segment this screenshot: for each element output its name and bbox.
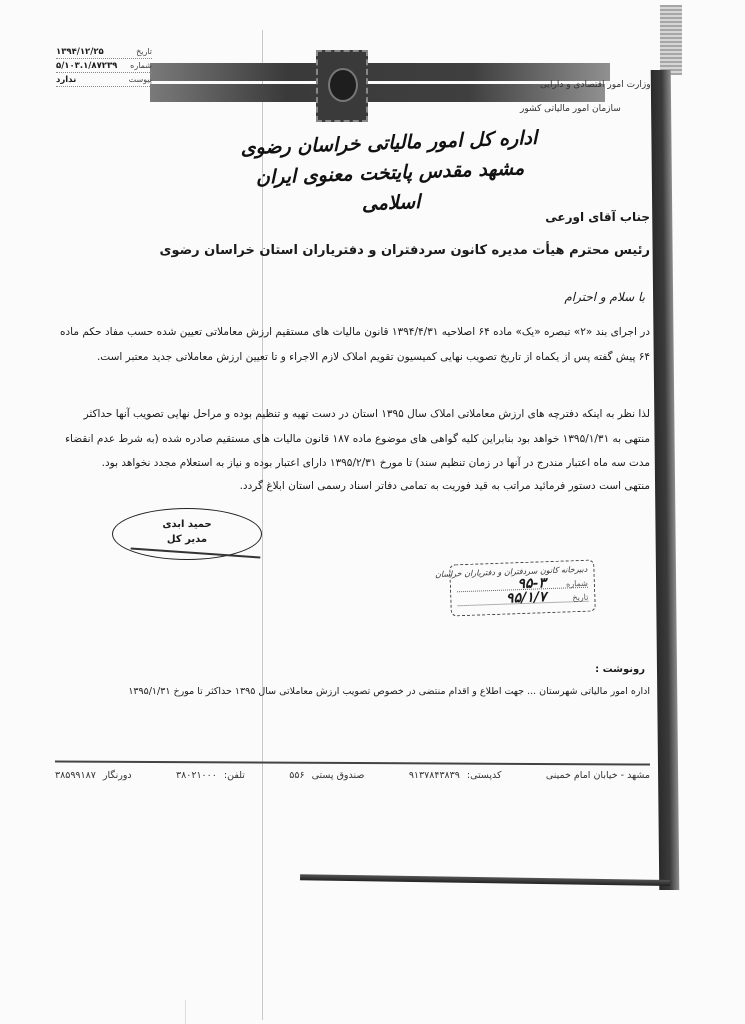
meta-date-label: تاریخ bbox=[136, 45, 152, 59]
body-paragraph-3: منتهی است دستور فرمائید مراتب به قید فور… bbox=[60, 474, 650, 499]
scan-page-edge-right bbox=[651, 70, 680, 890]
meta-attachment: پیوست ندارد bbox=[56, 73, 152, 87]
po-box-value: ۵۵۶ bbox=[289, 770, 304, 781]
stamp-date-label: تاریخ bbox=[546, 593, 588, 603]
footer-contact: مشهد - خیابان امام خمینی کدپستی: ۹۱۳۷۸۴۳… bbox=[55, 770, 650, 781]
greeting: با سلام و احترام bbox=[564, 290, 645, 304]
footer-divider bbox=[55, 760, 650, 765]
meta-attachment-value: ندارد bbox=[56, 73, 76, 87]
fax-value: ۳۸۵۹۹۱۸۷ bbox=[55, 770, 96, 781]
postal-code-label: کدپستی: bbox=[467, 770, 502, 781]
scanned-letter-page: وزارت امور اقتصادی و دارایی سازمان امور … bbox=[0, 0, 745, 1024]
footer-fax: دورنگار ۳۸۵۹۹۱۸۷ bbox=[55, 770, 132, 781]
fax-label: دورنگار bbox=[103, 770, 132, 781]
body-paragraph-2: لذا نظر به اینکه دفترچه های ارزش معاملات… bbox=[60, 402, 650, 476]
scan-edge-speckle bbox=[660, 5, 682, 75]
meta-number: شماره ۵/۱۰۳.۱/۸۷۲۳۹ bbox=[56, 59, 152, 73]
meta-number-value: ۵/۱۰۳.۱/۸۷۲۳۹ bbox=[56, 59, 117, 73]
meta-number-label: شماره bbox=[130, 59, 152, 73]
footer-phone: تلفن: ۳۸۰۲۱۰۰۰ bbox=[176, 770, 245, 781]
signatory-title: مدیر کل bbox=[113, 532, 261, 547]
emblem-disc bbox=[328, 68, 358, 102]
cc-recipient: اداره امور مالیاتی شهرستان ... جهت اطلاع… bbox=[60, 686, 650, 697]
footer-po-box: صندوق پستی ۵۵۶ bbox=[289, 770, 364, 781]
signatory-name: حمید ابدی bbox=[113, 517, 261, 532]
cc-title: رونوشت : bbox=[595, 664, 645, 675]
po-box-label: صندوق پستی bbox=[312, 770, 365, 781]
postal-code-value: ۹۱۳۷۸۴۳۸۳۹ bbox=[409, 770, 460, 781]
meta-date-value: ۱۳۹۴/۱۲/۲۵ bbox=[56, 45, 104, 59]
addressee-title: رئیس محترم هیأت مدیره کانون سردفتران و د… bbox=[90, 243, 650, 258]
footer-address: مشهد - خیابان امام خمینی bbox=[546, 770, 650, 781]
organization-name: سازمان امور مالیاتی کشور bbox=[520, 104, 621, 114]
phone-label: تلفن: bbox=[224, 770, 245, 781]
letterhead-bar bbox=[150, 63, 610, 81]
letter-meta: تاریخ ۱۳۹۴/۱۲/۲۵ شماره ۵/۱۰۳.۱/۸۷۲۳۹ پیو… bbox=[56, 45, 152, 87]
scan-page-edge-bottom bbox=[300, 874, 670, 886]
fold-line bbox=[185, 1000, 186, 1024]
meta-date: تاریخ ۱۳۹۴/۱۲/۲۵ bbox=[56, 45, 152, 59]
footer-postal-code: کدپستی: ۹۱۳۷۸۴۳۸۳۹ bbox=[409, 770, 502, 781]
ministry-name: وزارت امور اقتصادی و دارایی bbox=[540, 80, 651, 90]
body-paragraph-1: در اجرای بند «۲» تبصره «یک» ماده ۶۴ اصلا… bbox=[60, 320, 650, 369]
stamp-number-label: شماره bbox=[546, 579, 588, 589]
letterhead-bar bbox=[150, 84, 605, 102]
registration-stamp: دبیرخانه کانون سردفتران و دفتریاران خراس… bbox=[449, 559, 596, 616]
org-title: اداره کل امور مالیاتی خراسان رضوی مشهد م… bbox=[229, 122, 552, 223]
phone-value: ۳۸۰۲۱۰۰۰ bbox=[176, 770, 217, 781]
meta-attachment-label: پیوست bbox=[129, 73, 152, 87]
emblem-icon bbox=[316, 50, 368, 122]
addressee-name: جناب آقای اورعی bbox=[90, 210, 650, 224]
stamp-date-value: ۹۵/۱/۷ bbox=[506, 589, 547, 606]
